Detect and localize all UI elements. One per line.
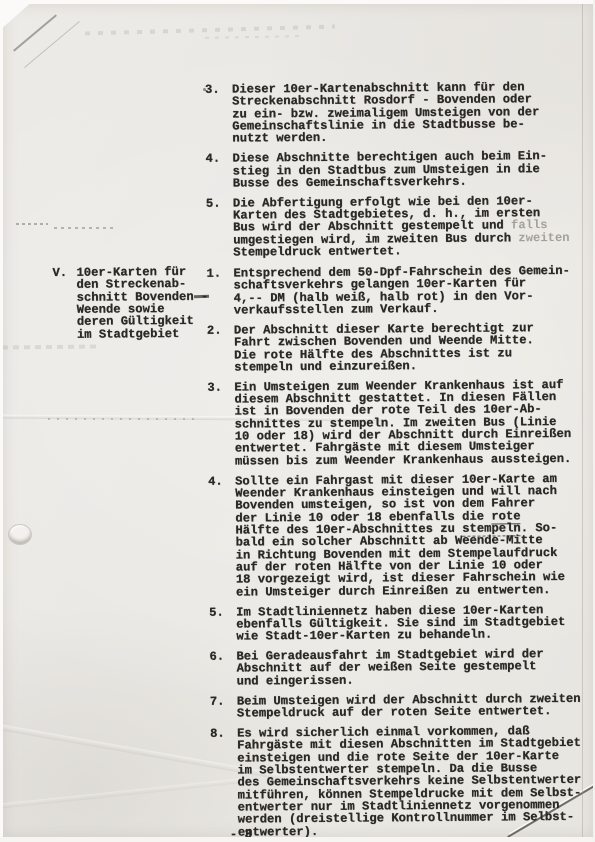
scanned-document: V. 10er-Karten für den Streckenab- schni… <box>0 0 595 842</box>
list-item: 4. Diese Abschnitte berechtigen auch bei… <box>205 150 587 190</box>
item-text: Im Stadtliniennetz haben diese 10er-Kart… <box>236 603 565 643</box>
item-text: Entsprechend dem 50-Dpf-Fahrschein des G… <box>233 265 570 317</box>
main-text-column: 3. Dieser 10er-Kartenabschnitt kann für … <box>205 81 593 842</box>
item-number: 5. <box>209 606 236 643</box>
item-text-segment-faded: zweiten <box>518 231 569 245</box>
list-item: 8. Es wird sicherlich einmal vorkommen, … <box>210 725 593 839</box>
list-item: 5. Die Abfertigung erfolgt wie bei den 1… <box>206 194 588 259</box>
item-number: 4. <box>208 475 236 599</box>
list-item: 7. Beim Umsteigen wird der Abschnitt dur… <box>210 692 592 720</box>
item-text: Bei Geradeausfahrt im Stadtgebiet wird d… <box>236 648 543 687</box>
item-number: 2. <box>207 324 234 374</box>
list-item: 4. Sollte ein Fahrgast mit dieser 10er-K… <box>208 472 591 598</box>
section-heading: V. 10er-Karten für den Streckenab- schni… <box>52 266 213 341</box>
list-item: 3. Dieser 10er-Kartenabschnitt kann für … <box>205 81 587 146</box>
section-numeral: V. <box>52 267 77 341</box>
section-title: 10er-Karten für den Streckenab- schnitt … <box>76 266 208 341</box>
list-item: 1. Entsprechend dem 50-Dpf-Fahrschein de… <box>206 265 588 317</box>
item-text: Dieser 10er-Kartenabschnitt kann für den… <box>232 81 540 145</box>
item-number: 8. <box>210 727 238 838</box>
item-text: Der Abschnitt dieser Karte berechtigt zu… <box>234 322 534 374</box>
item-text: Sollte ein Fahrgast mit dieser 10er-Kart… <box>235 473 565 599</box>
item-number: 5. <box>206 197 233 259</box>
item-number: 1. <box>206 267 233 317</box>
list-item: 2. Der Abschnitt dieser Karte berechtigt… <box>207 322 589 374</box>
list-item: 6. Bei Geradeausfahrt im Stadtgebiet wir… <box>209 648 591 688</box>
scan-edge <box>0 837 595 842</box>
item-number: 7. <box>210 695 237 720</box>
list-item: 5. Im Stadtliniennetz haben diese 10er-K… <box>209 603 591 643</box>
typed-text-layer: V. 10er-Karten für den Streckenab- schni… <box>0 0 595 842</box>
scan-edge <box>0 0 595 4</box>
item-text-segment: Die Abfertigung erfolgt wie bei den 10er… <box>233 194 540 235</box>
item-number: 3. <box>205 84 232 146</box>
item-text: Die Abfertigung erfolgt wie bei den 10er… <box>233 195 570 259</box>
item-text: Ein Umsteigen zum Weender Krankenhaus is… <box>234 379 571 468</box>
item-text: Diese Abschnitte berechtigen auch beim E… <box>232 150 547 190</box>
list-item: 3. Ein Umsteigen zum Weender Krankenhaus… <box>207 378 590 467</box>
item-number: 6. <box>209 651 236 688</box>
item-number: 4. <box>205 153 232 190</box>
item-number: 3. <box>207 381 235 468</box>
item-text: Es wird sicherlich einmal vorkommen, daß… <box>237 725 582 839</box>
item-text: Beim Umsteigen wird der Abschnitt durch … <box>237 692 581 719</box>
scan-edge <box>0 0 3 842</box>
